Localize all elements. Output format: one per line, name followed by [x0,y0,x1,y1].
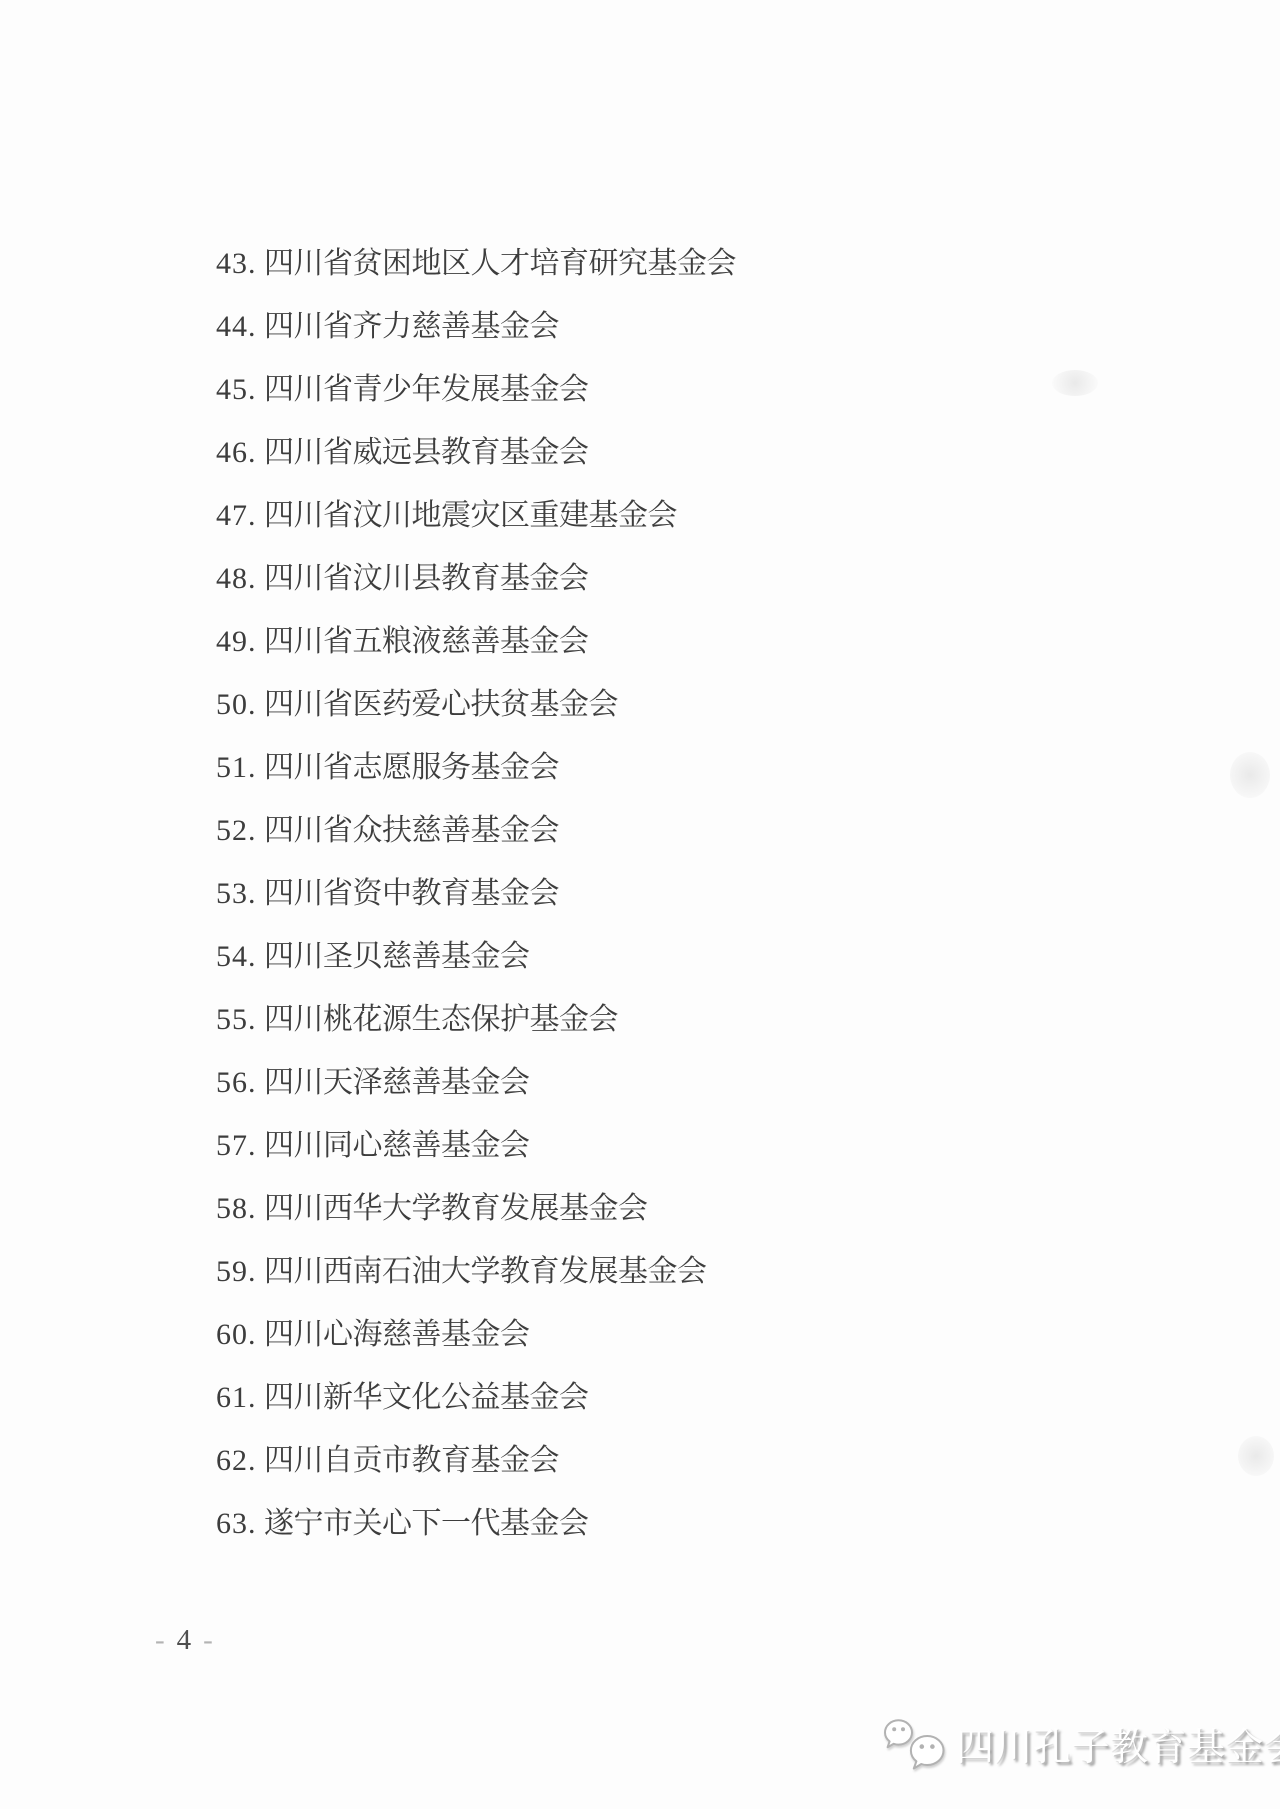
list-item: 62.四川自贡市教育基金会 [216,1429,736,1492]
item-name: 四川省齐力慈善基金会 [264,310,559,343]
item-name: 四川省资中教育基金会 [264,877,559,910]
item-name: 四川西南石油大学教育发展基金会 [264,1255,707,1288]
list-item: 45.四川省青少年发展基金会 [216,358,736,421]
item-number: 62. [216,1429,264,1492]
item-name: 遂宁市关心下一代基金会 [264,1507,589,1540]
list-item: 61.四川新华文化公益基金会 [216,1366,736,1429]
item-number: 55. [216,988,264,1051]
list-item: 48.四川省汶川县教育基金会 [216,547,736,610]
list-item: 56.四川天泽慈善基金会 [216,1051,736,1114]
item-name: 四川省五粮液慈善基金会 [264,625,589,658]
item-number: 59. [216,1240,264,1303]
list-item: 60.四川心海慈善基金会 [216,1303,736,1366]
list-item: 50.四川省医药爱心扶贫基金会 [216,673,736,736]
item-name: 四川省医药爱心扶贫基金会 [264,688,618,721]
item-name: 四川西华大学教育发展基金会 [264,1192,648,1225]
item-number: 45. [216,358,264,421]
item-number: 51. [216,736,264,799]
item-name: 四川桃花源生态保护基金会 [264,1003,618,1036]
item-number: 61. [216,1366,264,1429]
item-name: 四川省众扶慈善基金会 [264,814,559,847]
list-item: 51.四川省志愿服务基金会 [216,736,736,799]
item-name: 四川天泽慈善基金会 [264,1066,530,1099]
item-number: 46. [216,421,264,484]
scan-artifact [1238,1436,1274,1476]
page-number-dash-right: - [203,1624,213,1656]
list-item: 53.四川省资中教育基金会 [216,862,736,925]
wechat-icon [884,1718,946,1777]
scan-artifact [1052,370,1098,396]
list-item: 59.四川西南石油大学教育发展基金会 [216,1240,736,1303]
item-number: 43. [216,232,264,295]
brand-label: 四川孔子教育基金会 [956,1720,1280,1776]
page-number-dash-left: - [155,1624,165,1656]
item-name: 四川省志愿服务基金会 [264,751,559,784]
item-number: 58. [216,1177,264,1240]
list-item: 63.遂宁市关心下一代基金会 [216,1492,736,1555]
scan-artifact [1230,752,1270,798]
list-item: 55.四川桃花源生态保护基金会 [216,988,736,1051]
page-number-value: 4 [177,1624,192,1656]
foundation-list: 43.四川省贫困地区人才培育研究基金会 44.四川省齐力慈善基金会 45.四川省… [216,232,736,1555]
list-item: 44.四川省齐力慈善基金会 [216,295,736,358]
list-item: 58.四川西华大学教育发展基金会 [216,1177,736,1240]
list-item: 49.四川省五粮液慈善基金会 [216,610,736,673]
item-name: 四川新华文化公益基金会 [264,1381,589,1414]
item-number: 44. [216,295,264,358]
item-name: 四川省青少年发展基金会 [264,373,589,406]
item-number: 50. [216,673,264,736]
brand-footer: 四川孔子教育基金会 [884,1718,1280,1777]
item-name: 四川自贡市教育基金会 [264,1444,559,1477]
item-number: 52. [216,799,264,862]
item-number: 53. [216,862,264,925]
list-item: 43.四川省贫困地区人才培育研究基金会 [216,232,736,295]
item-name: 四川圣贝慈善基金会 [264,940,530,973]
item-name: 四川省贫困地区人才培育研究基金会 [264,247,736,280]
list-item: 54.四川圣贝慈善基金会 [216,925,736,988]
list-item: 46.四川省威远县教育基金会 [216,421,736,484]
item-number: 47. [216,484,264,547]
item-name: 四川省汶川地震灾区重建基金会 [264,499,677,532]
list-item: 57.四川同心慈善基金会 [216,1114,736,1177]
item-name: 四川同心慈善基金会 [264,1129,530,1162]
item-name: 四川心海慈善基金会 [264,1318,530,1351]
item-name: 四川省威远县教育基金会 [264,436,589,469]
list-item: 47.四川省汶川地震灾区重建基金会 [216,484,736,547]
item-number: 49. [216,610,264,673]
document-page: 43.四川省贫困地区人才培育研究基金会 44.四川省齐力慈善基金会 45.四川省… [0,0,1280,1809]
page-number: -4- [155,1620,213,1660]
item-number: 48. [216,547,264,610]
item-number: 57. [216,1114,264,1177]
list-item: 52.四川省众扶慈善基金会 [216,799,736,862]
item-number: 54. [216,925,264,988]
item-number: 56. [216,1051,264,1114]
item-number: 60. [216,1303,264,1366]
item-number: 63. [216,1492,264,1555]
item-name: 四川省汶川县教育基金会 [264,562,589,595]
